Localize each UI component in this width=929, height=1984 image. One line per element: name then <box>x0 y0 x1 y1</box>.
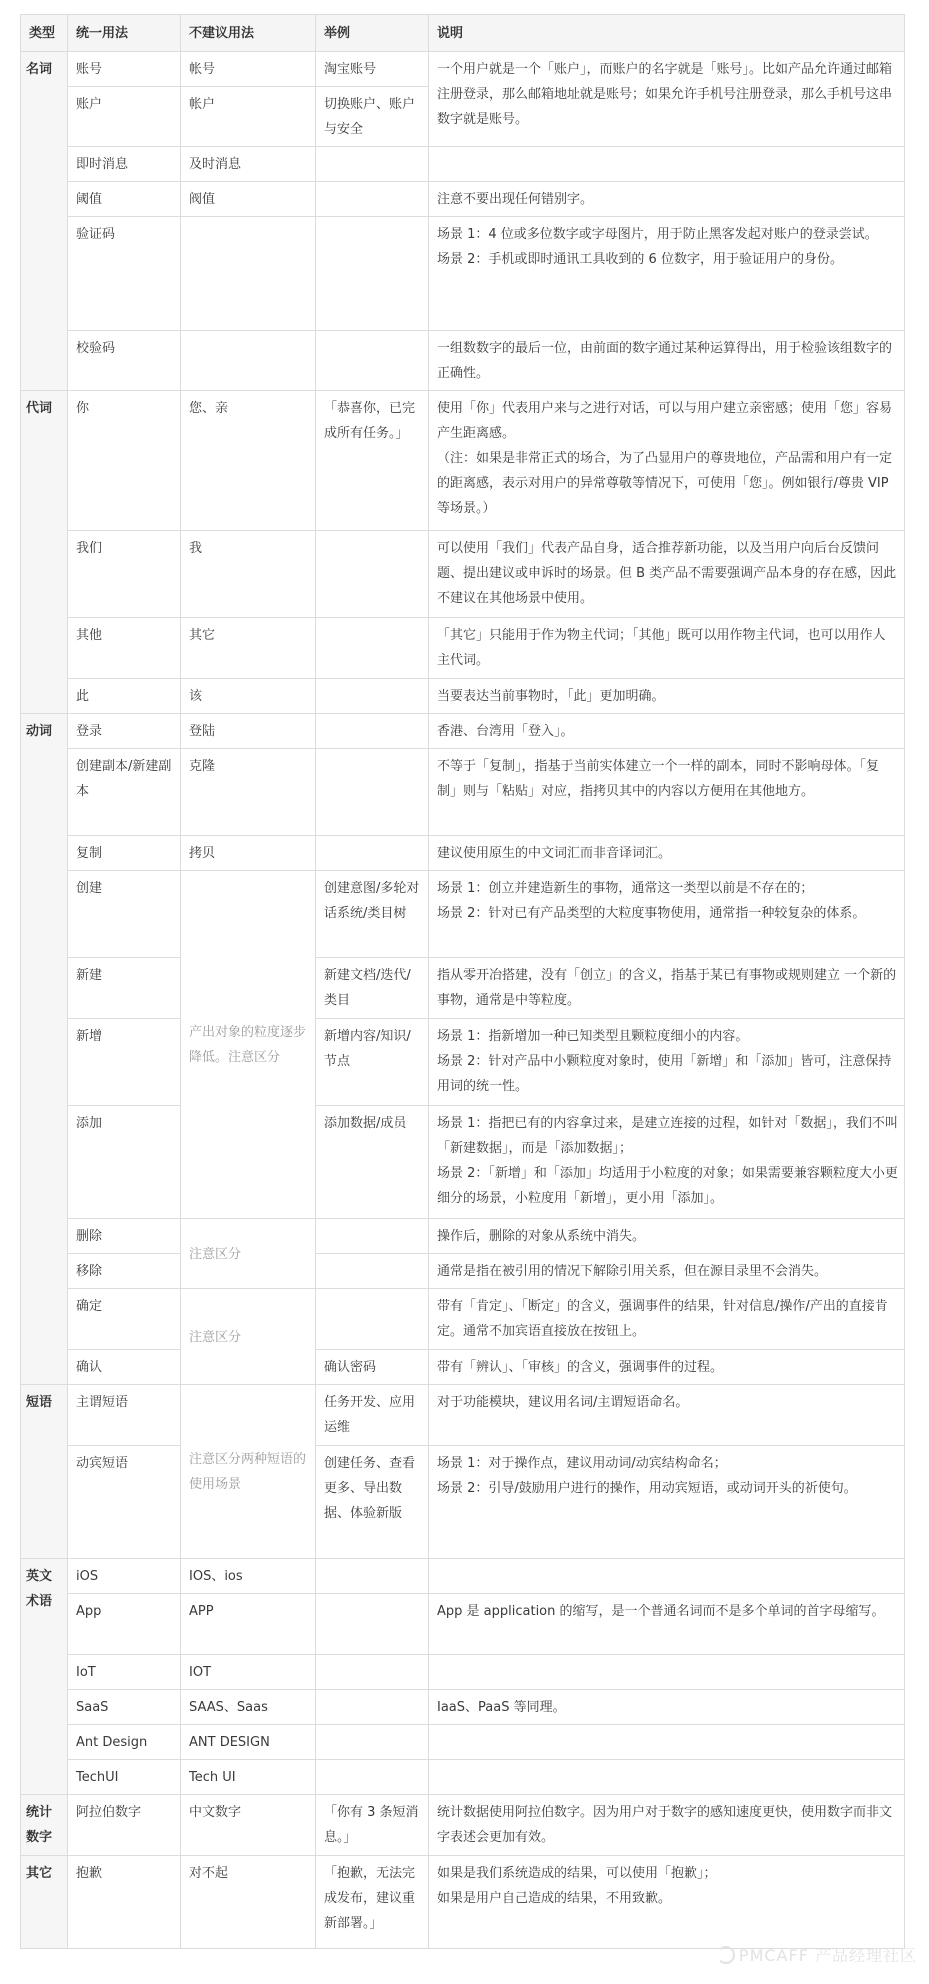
table-row: TechUI Tech UI <box>21 1760 905 1795</box>
table-row: 新增 新增内容/知识/节点 场景 1：指新增加一种已知类型且颗粒度细小的内容。 … <box>21 1019 905 1106</box>
cell-preferred: TechUI <box>68 1760 181 1795</box>
cell-example: 新增内容/知识/节点 <box>316 1019 429 1106</box>
table-row: App APP App 是 application 的缩写，是一个普通名词而不是… <box>21 1594 905 1655</box>
table-row: 确定 注意区分 带有「肯定」、「断定」的含义，强调事件的结果，针对信息/操作/产… <box>21 1289 905 1350</box>
group-phrase: 短语 <box>21 1385 68 1559</box>
table-row: 添加 添加数据/成员 场景 1：指把已有的内容拿过来，是建立连接的过程，如针对「… <box>21 1106 905 1219</box>
cell-description <box>429 1725 905 1760</box>
description-line: 场景 2：引导/鼓励用户进行的操作，用动宾短语，或动词开头的祈使句。 <box>437 1476 898 1501</box>
cell-example: 创建意图/多轮对话系统/类目树 <box>316 871 429 958</box>
cell-preferred: 确认 <box>68 1350 181 1385</box>
cell-example: 「恭喜你，已完成所有任务。」 <box>316 391 429 531</box>
cell-avoid: 帐号 <box>181 52 316 87</box>
cell-description: 场景 1：指新增加一种已知类型且颗粒度细小的内容。 场景 2：针对产品中小颗粒度… <box>429 1019 905 1106</box>
group-stats: 统计数字 <box>21 1795 68 1856</box>
cell-avoid: SAAS、Saas <box>181 1690 316 1725</box>
cell-avoid-note: 注意区分两种短语的使用场景 <box>181 1385 316 1559</box>
description-line: 如果是我们系统造成的结果，可以使用「抱歉」； <box>437 1861 898 1886</box>
group-pronoun: 代词 <box>21 391 68 714</box>
cell-description: 通常是指在被引用的情况下解除引用关系，但在源目录里不会消失。 <box>429 1254 905 1289</box>
cell-example <box>316 1594 429 1655</box>
cell-preferred: 验证码 <box>68 217 181 331</box>
table-row: 其他 其它 「其它」只能用于作为物主代词；「其他」既可以用作物主代词，也可以用作… <box>21 618 905 679</box>
table-row: Ant Design ANT DESIGN <box>21 1725 905 1760</box>
cell-example <box>316 749 429 836</box>
cell-example: 「你有 3 条短消息。」 <box>316 1795 429 1856</box>
description-line: （注：如果是非常正式的场合，为了凸显用户的尊贵地位，产品需和用户有一定的距离感，… <box>437 446 898 521</box>
cell-example <box>316 1559 429 1594</box>
table-row: 此 该 当要表达当前事物时，「此」更加明确。 <box>21 679 905 714</box>
table-row: 名词 账号 帐号 淘宝账号 一个用户就是一个「账户」，而账户的名字就是「账号」。… <box>21 52 905 87</box>
cell-description: 带有「辨认」、「审核」的含义，强调事件的过程。 <box>429 1350 905 1385</box>
cell-avoid: 我 <box>181 531 316 618</box>
cell-example <box>316 1254 429 1289</box>
description-line: 使用「你」代表用户来与之进行对话，可以与用户建立亲密感；使用「您」容易产生距离感… <box>437 396 898 446</box>
cell-description <box>429 147 905 182</box>
watermark-text: PMCAFF 产品经理社区 <box>739 1943 917 1966</box>
table-row: 创建 产出对象的粒度逐步降低。注意区分 创建意图/多轮对话系统/类目树 场景 1… <box>21 871 905 958</box>
cell-example <box>316 836 429 871</box>
cell-preferred: 账号 <box>68 52 181 87</box>
table-row: 阈值 阀值 注意不要出现任何错别字。 <box>21 182 905 217</box>
cell-preferred: App <box>68 1594 181 1655</box>
cell-description: 一组数数字的最后一位，由前面的数字通过某种运算得出，用于检验该组数字的正确性。 <box>429 331 905 391</box>
cell-preferred: 校验码 <box>68 331 181 391</box>
table-row: 移除 通常是指在被引用的情况下解除引用关系，但在源目录里不会消失。 <box>21 1254 905 1289</box>
cell-description: 带有「肯定」、「断定」的含义，强调事件的结果，针对信息/操作/产出的直接肯定。通… <box>429 1289 905 1350</box>
cell-description: 场景 1：4 位或多位数字或字母图片，用于防止黑客发起对账户的登录尝试。 场景 … <box>429 217 905 331</box>
cell-description: 注意不要出现任何错别字。 <box>429 182 905 217</box>
cell-example <box>316 1725 429 1760</box>
cell-example: 新建文档/迭代/类目 <box>316 958 429 1019</box>
cell-preferred: 新增 <box>68 1019 181 1106</box>
cell-example: 添加数据/成员 <box>316 1106 429 1219</box>
table-row: 动宾短语 创建任务、查看更多、导出数据、体验新版 场景 1：对于操作点，建议用动… <box>21 1446 905 1559</box>
table-row: 校验码 一组数数字的最后一位，由前面的数字通过某种运算得出，用于检验该组数字的正… <box>21 331 905 391</box>
description-line: 场景 2：针对已有产品类型的大粒度事物使用，通常指一种较复杂的体系。 <box>437 901 898 926</box>
cell-example: 任务开发、应用运维 <box>316 1385 429 1446</box>
table-row: SaaS SAAS、Saas IaaS、PaaS 等同理。 <box>21 1690 905 1725</box>
cell-preferred: IoT <box>68 1655 181 1690</box>
cell-description <box>429 1559 905 1594</box>
cell-description: 一个用户就是一个「账户」，而账户的名字就是「账号」。比如产品允许通过邮箱注册登录… <box>429 52 905 147</box>
header-type: 类型 <box>21 15 68 52</box>
cell-example <box>316 147 429 182</box>
cell-avoid <box>181 331 316 391</box>
table-row: 我们 我 可以使用「我们」代表产品自身，适合推荐新功能，以及当用户向后台反馈问题… <box>21 531 905 618</box>
cell-description: App 是 application 的缩写，是一个普通名词而不是多个单词的首字母… <box>429 1594 905 1655</box>
cell-description: 对于功能模块，建议用名词/主谓短语命名。 <box>429 1385 905 1446</box>
cell-example <box>316 331 429 391</box>
cell-description <box>429 1655 905 1690</box>
cell-avoid: IOS、ios <box>181 1559 316 1594</box>
table-row: 即时消息 及时消息 <box>21 147 905 182</box>
cell-preferred: 主谓短语 <box>68 1385 181 1446</box>
cell-example: 创建任务、查看更多、导出数据、体验新版 <box>316 1446 429 1559</box>
cell-preferred: 删除 <box>68 1219 181 1254</box>
table-row: 动词 登录 登陆 香港、台湾用「登入」。 <box>21 714 905 749</box>
cell-description: 建议使用原生的中文词汇而非音译词汇。 <box>429 836 905 871</box>
cell-avoid-note: 注意区分 <box>181 1219 316 1289</box>
cell-description: 场景 1：指把已有的内容拿过来，是建立连接的过程，如针对「数据」，我们不叫「新建… <box>429 1106 905 1219</box>
cell-preferred: 此 <box>68 679 181 714</box>
watermark: PMCAFF 产品经理社区 <box>717 1943 917 1966</box>
cell-preferred: 即时消息 <box>68 147 181 182</box>
cell-description: 使用「你」代表用户来与之进行对话，可以与用户建立亲密感；使用「您」容易产生距离感… <box>429 391 905 531</box>
cell-avoid: 中文数字 <box>181 1795 316 1856</box>
cell-description: 场景 1：创立并建造新生的事物，通常这一类型以前是不存在的； 场景 2：针对已有… <box>429 871 905 958</box>
table-row: 统计数字 阿拉伯数字 中文数字 「你有 3 条短消息。」 统计数据使用阿拉伯数字… <box>21 1795 905 1856</box>
description-line: 场景 1：指新增加一种已知类型且颗粒度细小的内容。 <box>437 1024 898 1049</box>
cell-preferred: 确定 <box>68 1289 181 1350</box>
group-english: 英文术语 <box>21 1559 68 1795</box>
cell-preferred: 添加 <box>68 1106 181 1219</box>
table-row: 创建副本/新建副本 克隆 不等于「复制」，指基于当前实体建立一个一样的副本，同时… <box>21 749 905 836</box>
cell-preferred: 创建 <box>68 871 181 958</box>
header-avoid: 不建议用法 <box>181 15 316 52</box>
description-line: 场景 1：创立并建造新生的事物，通常这一类型以前是不存在的； <box>437 876 898 901</box>
group-other: 其它 <box>21 1856 68 1949</box>
cell-description: 「其它」只能用于作为物主代词；「其他」既可以用作物主代词，也可以用作人主代词。 <box>429 618 905 679</box>
cell-avoid: 其它 <box>181 618 316 679</box>
cell-avoid: 对不起 <box>181 1856 316 1949</box>
cell-preferred: 新建 <box>68 958 181 1019</box>
pmcaff-logo-icon <box>717 1946 735 1964</box>
cell-avoid: 拷贝 <box>181 836 316 871</box>
table-row: 新建 新建文档/迭代/类目 指从零开冶搭建，没有「创立」的含义，指基于某已有事物… <box>21 958 905 1019</box>
cell-example: 淘宝账号 <box>316 52 429 87</box>
cell-example <box>316 1690 429 1725</box>
description-line: 场景 2：针对产品中小颗粒度对象时，使用「新增」和「添加」皆可，注意保持用词的统… <box>437 1049 898 1099</box>
cell-avoid: 您、亲 <box>181 391 316 531</box>
table-row: 复制 拷贝 建议使用原生的中文词汇而非音译词汇。 <box>21 836 905 871</box>
cell-preferred: 其他 <box>68 618 181 679</box>
group-verb: 动词 <box>21 714 68 1385</box>
header-preferred: 统一用法 <box>68 15 181 52</box>
cell-example <box>316 714 429 749</box>
cell-avoid-note: 注意区分 <box>181 1289 316 1385</box>
cell-avoid: 克隆 <box>181 749 316 836</box>
cell-description: 如果是我们系统造成的结果，可以使用「抱歉」； 如果是用户自己造成的结果，不用致歉… <box>429 1856 905 1949</box>
description-line: 场景 2：手机或即时通讯工具收到的 6 位数字，用于验证用户的身份。 <box>437 247 898 272</box>
cell-description: 当要表达当前事物时，「此」更加明确。 <box>429 679 905 714</box>
cell-preferred: 创建副本/新建副本 <box>68 749 181 836</box>
cell-example <box>316 679 429 714</box>
cell-avoid: ANT DESIGN <box>181 1725 316 1760</box>
cell-avoid: APP <box>181 1594 316 1655</box>
cell-example <box>316 1219 429 1254</box>
cell-description: 香港、台湾用「登入」。 <box>429 714 905 749</box>
cell-avoid: 阀值 <box>181 182 316 217</box>
table-row: IoT IOT <box>21 1655 905 1690</box>
cell-preferred: 复制 <box>68 836 181 871</box>
cell-example <box>316 1655 429 1690</box>
terminology-table: 类型 统一用法 不建议用法 举例 说明 名词 账号 帐号 淘宝账号 一个用户就是… <box>20 14 905 1949</box>
cell-avoid: Tech UI <box>181 1760 316 1795</box>
cell-preferred: SaaS <box>68 1690 181 1725</box>
table-row: 代词 你 您、亲 「恭喜你，已完成所有任务。」 使用「你」代表用户来与之进行对话… <box>21 391 905 531</box>
cell-example: 切换账户、账户与安全 <box>316 87 429 147</box>
description-line: 场景 1：对于操作点，建议用动词/动宾结构命名； <box>437 1451 898 1476</box>
cell-preferred: 阈值 <box>68 182 181 217</box>
cell-preferred: 阿拉伯数字 <box>68 1795 181 1856</box>
cell-avoid <box>181 217 316 331</box>
cell-preferred: 你 <box>68 391 181 531</box>
cell-description: 操作后，删除的对象从系统中消失。 <box>429 1219 905 1254</box>
cell-preferred: iOS <box>68 1559 181 1594</box>
group-noun: 名词 <box>21 52 68 391</box>
cell-preferred: 我们 <box>68 531 181 618</box>
cell-avoid: 及时消息 <box>181 147 316 182</box>
table-row: 短语 主谓短语 注意区分两种短语的使用场景 任务开发、应用运维 对于功能模块，建… <box>21 1385 905 1446</box>
cell-example <box>316 531 429 618</box>
cell-preferred: 抱歉 <box>68 1856 181 1949</box>
cell-preferred: 动宾短语 <box>68 1446 181 1559</box>
cell-description: IaaS、PaaS 等同理。 <box>429 1690 905 1725</box>
cell-example <box>316 217 429 331</box>
table-header: 类型 统一用法 不建议用法 举例 说明 <box>21 15 905 52</box>
cell-preferred: 账户 <box>68 87 181 147</box>
cell-description: 不等于「复制」，指基于当前实体建立一个一样的副本，同时不影响母体。「复制」则与「… <box>429 749 905 836</box>
cell-example <box>316 1289 429 1350</box>
cell-description <box>429 1760 905 1795</box>
cell-avoid-note: 产出对象的粒度逐步降低。注意区分 <box>181 871 316 1219</box>
cell-avoid: IOT <box>181 1655 316 1690</box>
description-line: 场景 1：4 位或多位数字或字母图片，用于防止黑客发起对账户的登录尝试。 <box>437 222 898 247</box>
cell-avoid: 登陆 <box>181 714 316 749</box>
cell-avoid: 该 <box>181 679 316 714</box>
description-line: 如果是用户自己造成的结果，不用致歉。 <box>437 1886 898 1911</box>
header-description: 说明 <box>429 15 905 52</box>
description-line: 场景 2：「新增」和「添加」均适用于小粒度的对象；如果需要兼容颗粒度大小更细分的… <box>437 1161 898 1211</box>
cell-example <box>316 182 429 217</box>
cell-preferred: 登录 <box>68 714 181 749</box>
table-row: 英文术语 iOS IOS、ios <box>21 1559 905 1594</box>
cell-description: 统计数据使用阿拉伯数字。因为用户对于数字的感知速度更快，使用数字而非文字表述会更… <box>429 1795 905 1856</box>
cell-example: 「抱歉，无法完成发布，建议重新部署。」 <box>316 1856 429 1949</box>
cell-example <box>316 1760 429 1795</box>
cell-description: 指从零开冶搭建，没有「创立」的含义，指基于某已有事物或规则建立 一个新的事物，通… <box>429 958 905 1019</box>
cell-example: 确认密码 <box>316 1350 429 1385</box>
cell-example <box>316 618 429 679</box>
header-example: 举例 <box>316 15 429 52</box>
cell-preferred: Ant Design <box>68 1725 181 1760</box>
description-line: 场景 1：指把已有的内容拿过来，是建立连接的过程，如针对「数据」，我们不叫「新建… <box>437 1111 898 1161</box>
cell-preferred: 移除 <box>68 1254 181 1289</box>
table-row: 删除 注意区分 操作后，删除的对象从系统中消失。 <box>21 1219 905 1254</box>
cell-description: 可以使用「我们」代表产品自身，适合推荐新功能，以及当用户向后台反馈问题、提出建议… <box>429 531 905 618</box>
table-row: 确认 确认密码 带有「辨认」、「审核」的含义，强调事件的过程。 <box>21 1350 905 1385</box>
table-row: 其它 抱歉 对不起 「抱歉，无法完成发布，建议重新部署。」 如果是我们系统造成的… <box>21 1856 905 1949</box>
cell-avoid: 帐户 <box>181 87 316 147</box>
table-row: 验证码 场景 1：4 位或多位数字或字母图片，用于防止黑客发起对账户的登录尝试。… <box>21 217 905 331</box>
cell-description: 场景 1：对于操作点，建议用动词/动宾结构命名； 场景 2：引导/鼓励用户进行的… <box>429 1446 905 1559</box>
